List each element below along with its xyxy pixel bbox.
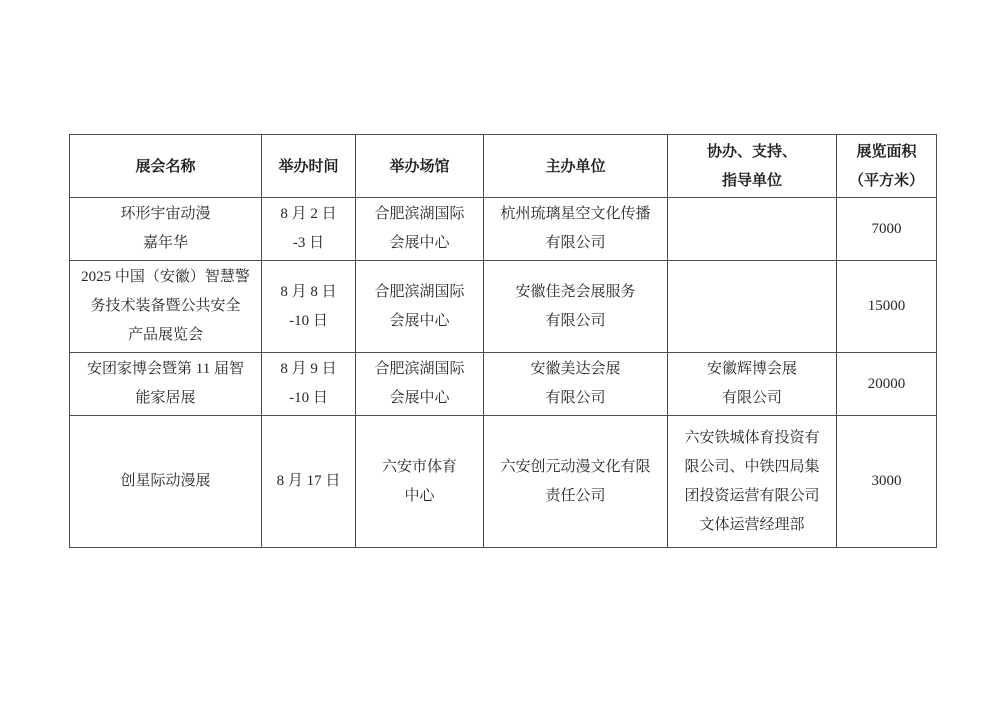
cell-exhibition-name: 安团家博会暨第 11 届智 能家居展 xyxy=(70,353,262,416)
cell-time: 8 月 8 日 -10 日 xyxy=(262,261,356,353)
cell-co-organizer: 安徽辉博会展 有限公司 xyxy=(668,353,837,416)
header-venue: 举办场馆 xyxy=(356,135,484,198)
exhibition-schedule-table: 展会名称 举办时间 举办场馆 主办单位 协办、支持、 指导单位 展览面积 （平方… xyxy=(69,134,937,548)
header-time: 举办时间 xyxy=(262,135,356,198)
cell-co-organizer: 六安铁城体育投资有 限公司、中铁四局集 团投资运营有限公司 文体运营经理部 xyxy=(668,416,837,548)
table-row: 2025 中国（安徽）智慧警 务技术装备暨公共安全 产品展览会 8 月 8 日 … xyxy=(70,261,937,353)
header-exhibition-name: 展会名称 xyxy=(70,135,262,198)
cell-co-organizer xyxy=(668,198,837,261)
cell-time: 8 月 9 日 -10 日 xyxy=(262,353,356,416)
cell-exhibition-name: 2025 中国（安徽）智慧警 务技术装备暨公共安全 产品展览会 xyxy=(70,261,262,353)
cell-venue: 合肥滨湖国际 会展中心 xyxy=(356,261,484,353)
table-row: 创星际动漫展 8 月 17 日 六安市体育 中心 六安创元动漫文化有限 责任公司… xyxy=(70,416,937,548)
header-area: 展览面积 （平方米） xyxy=(837,135,937,198)
cell-area: 20000 xyxy=(837,353,937,416)
document-page: 展会名称 举办时间 举办场馆 主办单位 协办、支持、 指导单位 展览面积 （平方… xyxy=(0,0,1000,706)
cell-area: 3000 xyxy=(837,416,937,548)
cell-area: 7000 xyxy=(837,198,937,261)
table-row: 环形宇宙动漫 嘉年华 8 月 2 日 -3 日 合肥滨湖国际 会展中心 杭州琉璃… xyxy=(70,198,937,261)
header-co-organizer: 协办、支持、 指导单位 xyxy=(668,135,837,198)
table-header-row: 展会名称 举办时间 举办场馆 主办单位 协办、支持、 指导单位 展览面积 （平方… xyxy=(70,135,937,198)
header-organizer: 主办单位 xyxy=(484,135,668,198)
cell-organizer: 安徽佳尧会展服务 有限公司 xyxy=(484,261,668,353)
cell-exhibition-name: 环形宇宙动漫 嘉年华 xyxy=(70,198,262,261)
cell-venue: 六安市体育 中心 xyxy=(356,416,484,548)
cell-venue: 合肥滨湖国际 会展中心 xyxy=(356,353,484,416)
cell-area: 15000 xyxy=(837,261,937,353)
cell-co-organizer xyxy=(668,261,837,353)
cell-exhibition-name: 创星际动漫展 xyxy=(70,416,262,548)
cell-time: 8 月 17 日 xyxy=(262,416,356,548)
cell-organizer: 安徽美达会展 有限公司 xyxy=(484,353,668,416)
cell-venue: 合肥滨湖国际 会展中心 xyxy=(356,198,484,261)
cell-time: 8 月 2 日 -3 日 xyxy=(262,198,356,261)
cell-organizer: 六安创元动漫文化有限 责任公司 xyxy=(484,416,668,548)
table-row: 安团家博会暨第 11 届智 能家居展 8 月 9 日 -10 日 合肥滨湖国际 … xyxy=(70,353,937,416)
cell-organizer: 杭州琉璃星空文化传播 有限公司 xyxy=(484,198,668,261)
